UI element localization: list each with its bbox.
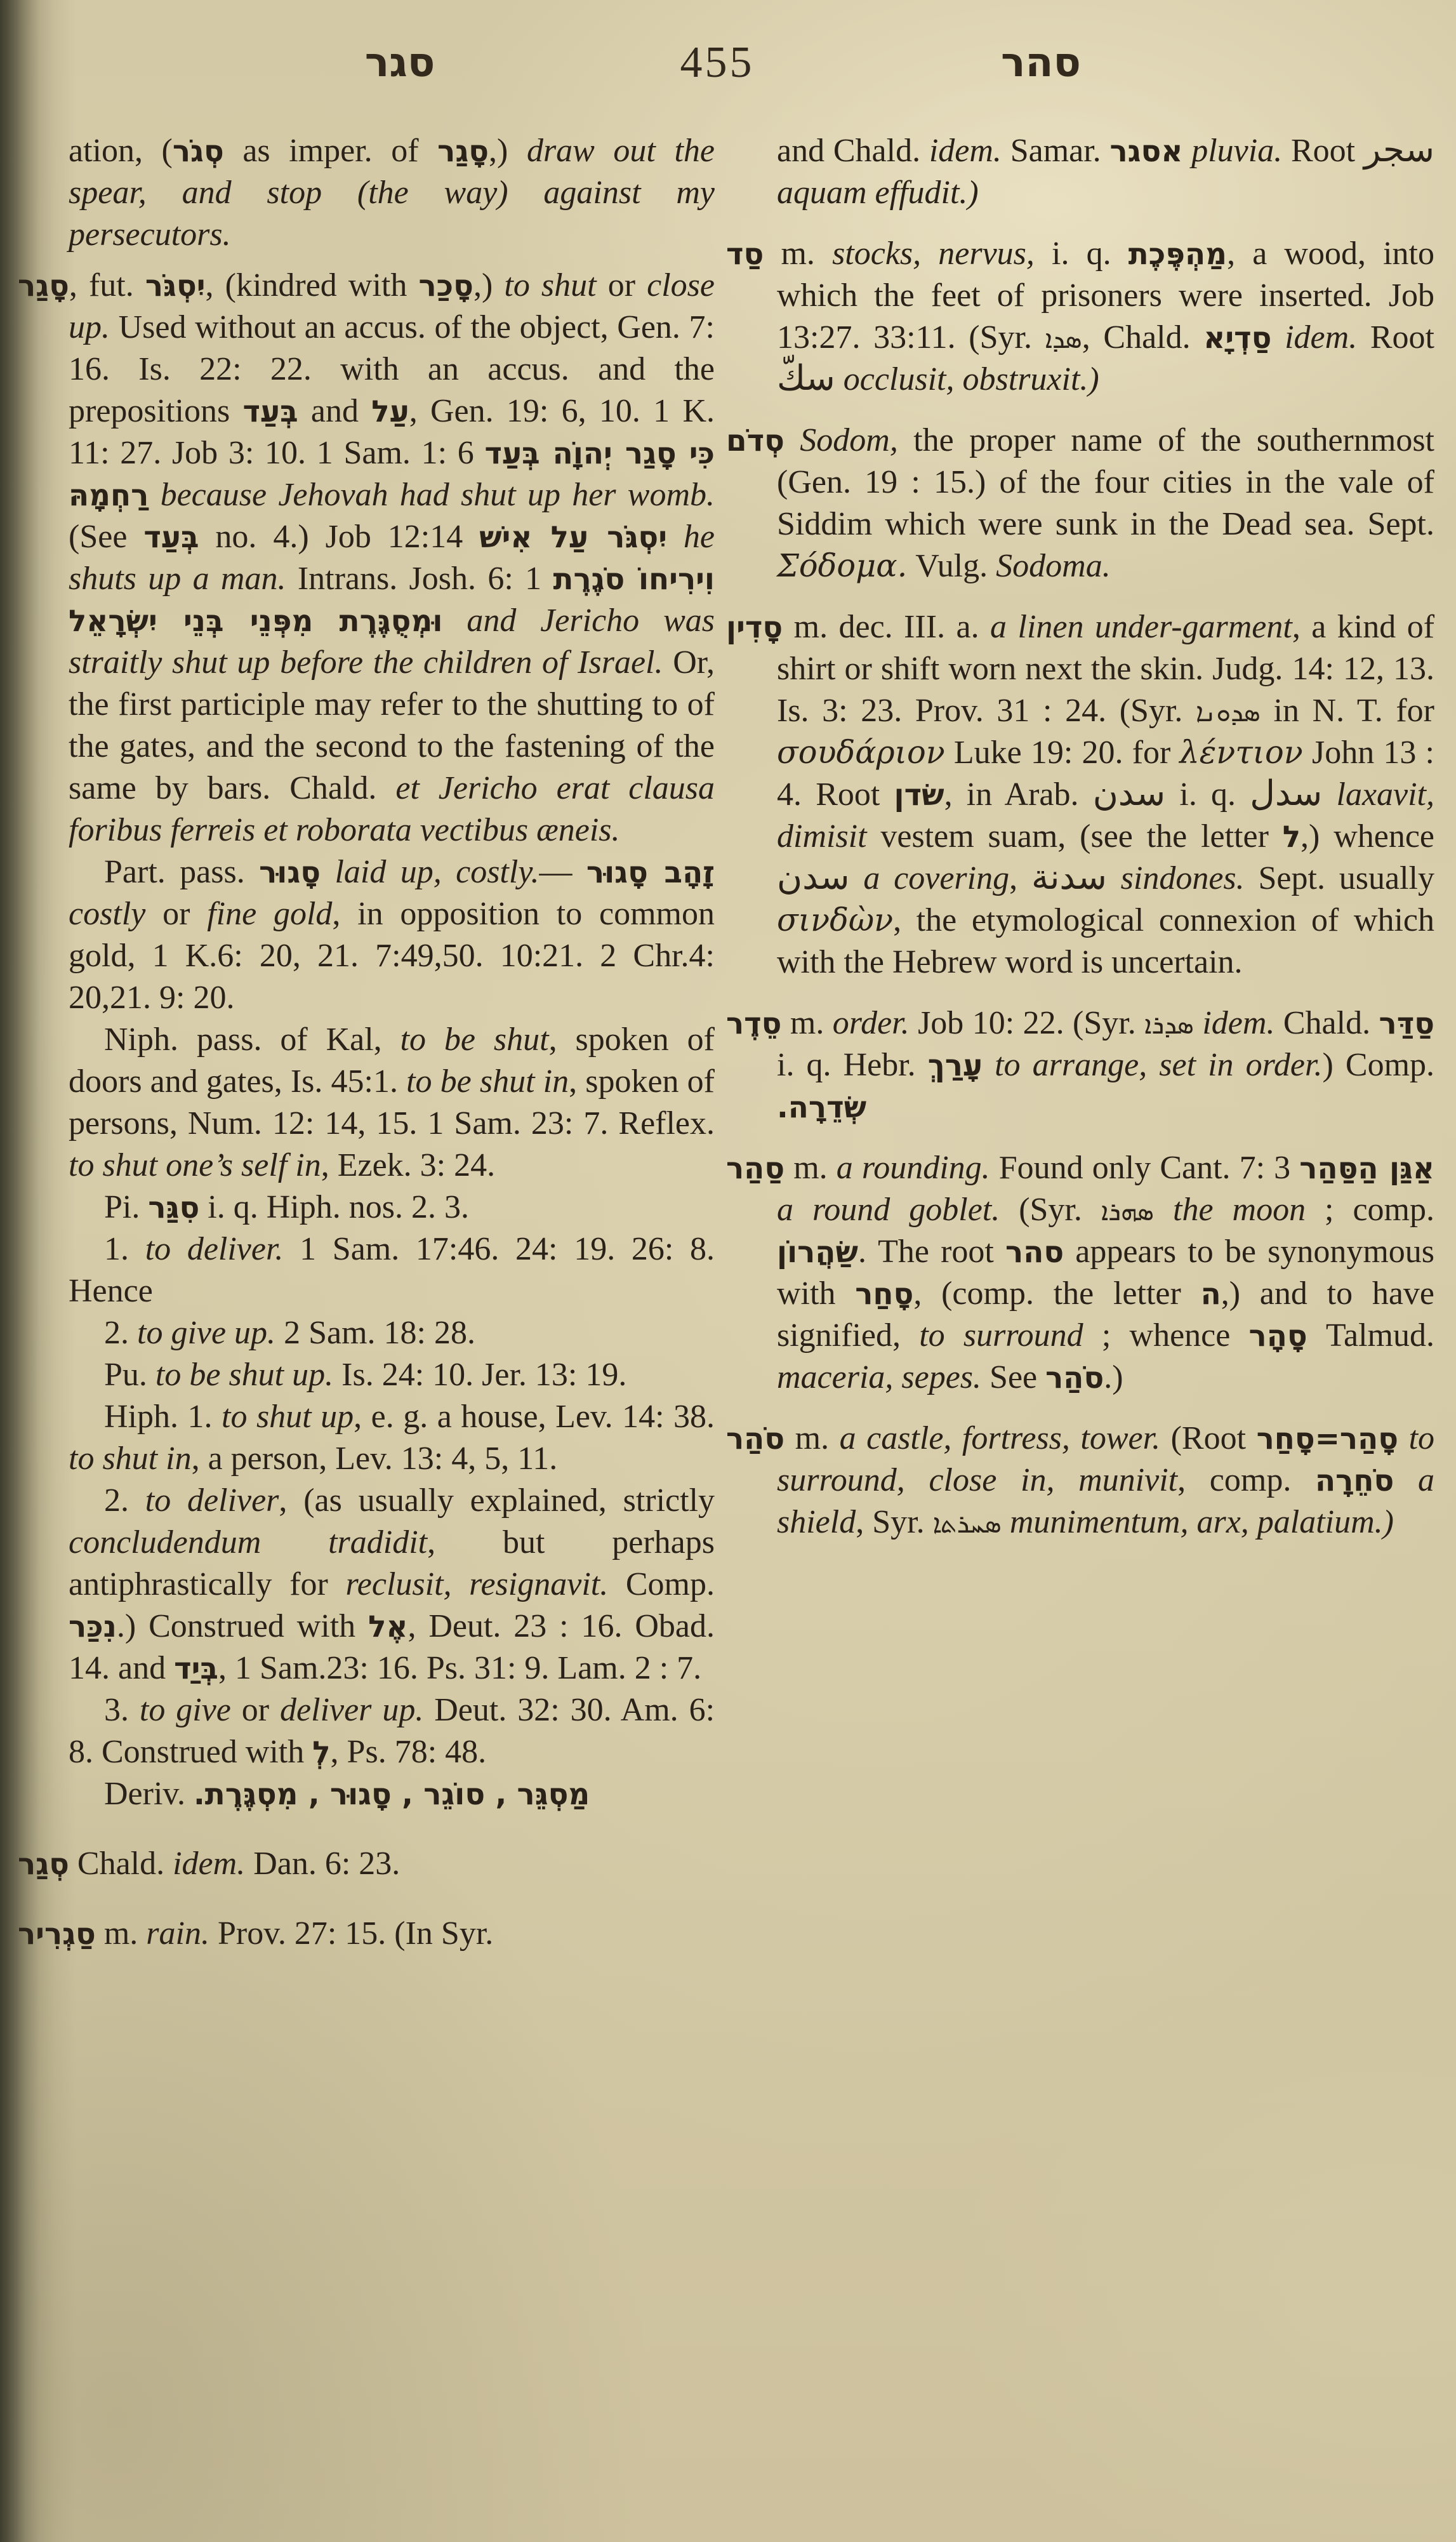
hebrew-text: סָגַר bbox=[18, 269, 69, 303]
text-column-right: and Chald. idem. Samar. אסגר pluvia. Roo… bbox=[777, 130, 1434, 1543]
text-run: Talmud. bbox=[1307, 1317, 1434, 1354]
hebrew-text: סַדַּר bbox=[1379, 1007, 1435, 1041]
hebrew-text: עָרַךְ bbox=[928, 1049, 983, 1083]
paragraph: 2. to give up. 2 Sam. 18: 28. bbox=[69, 1312, 715, 1354]
syriac-text: ܣܕܪܐ bbox=[1144, 1009, 1194, 1040]
text-run: Sodoma. bbox=[996, 548, 1111, 584]
book-spine-edge bbox=[0, 0, 76, 2542]
text-run: Pu. bbox=[104, 1357, 156, 1393]
text-run: the moon bbox=[1173, 1192, 1306, 1228]
hebrew-text: אַגַּן הַסַּהַר bbox=[1299, 1152, 1434, 1186]
text-run: ,) bbox=[473, 267, 504, 303]
text-run bbox=[983, 1047, 995, 1083]
text-run bbox=[1107, 860, 1121, 896]
text-run: to arrange, set in order. bbox=[995, 1047, 1322, 1083]
text-run: Samar. bbox=[1002, 133, 1110, 169]
hebrew-text: שְׂדֵרָה. bbox=[777, 1091, 866, 1125]
arabic-text: سدن bbox=[1093, 773, 1166, 813]
text-run bbox=[784, 422, 800, 458]
text-run: vestem suam, (see the letter bbox=[867, 818, 1283, 855]
hebrew-text: עַל bbox=[371, 395, 409, 429]
text-run bbox=[442, 602, 467, 639]
paragraph: Hiph. 1. to shut up, e. g. a house, Lev.… bbox=[69, 1396, 715, 1480]
text-run: maceria, sepes. bbox=[777, 1359, 981, 1395]
text-run: munimentum, arx, palatium.) bbox=[1010, 1504, 1394, 1540]
text-run: 2. bbox=[104, 1315, 137, 1351]
text-run: m. bbox=[784, 1150, 837, 1186]
text-run: i. q. bbox=[1165, 776, 1250, 813]
text-run bbox=[321, 854, 334, 890]
hebrew-text: סָהָר bbox=[1249, 1319, 1307, 1354]
text-run bbox=[1002, 1504, 1010, 1540]
hebrew-text: סֹהַר bbox=[1045, 1361, 1104, 1395]
hebrew-text: בְּעַד bbox=[143, 521, 199, 555]
text-run: as imper. of bbox=[224, 133, 437, 169]
hebrew-text: יִסְגֹּר bbox=[145, 269, 206, 303]
text-run: , comp. bbox=[1177, 1462, 1315, 1498]
paragraph: סַהַר m. a rounding. Found only Cant. 7:… bbox=[777, 1147, 1434, 1399]
text-run: and Chald. bbox=[777, 133, 929, 169]
arabic-text: سكّ bbox=[777, 357, 835, 398]
text-run: , Ps. 78: 48. bbox=[331, 1734, 487, 1770]
paragraph: and Chald. idem. Samar. אסגר pluvia. Roo… bbox=[777, 130, 1434, 214]
paragraph: סְדֹם Sodom, the proper name of the sout… bbox=[777, 420, 1434, 587]
text-run: or bbox=[597, 267, 647, 303]
text-run: See bbox=[981, 1359, 1045, 1395]
text-run: Deriv. bbox=[104, 1776, 194, 1812]
text-run: Niph. pass. of Kal, bbox=[104, 1021, 400, 1058]
text-run: (Root bbox=[1160, 1420, 1256, 1456]
hebrew-text: סָדִין bbox=[726, 611, 783, 645]
text-run: reclusit, resignavit. bbox=[345, 1566, 608, 1602]
hebrew-text: סְגַר bbox=[18, 1847, 69, 1882]
hebrew-text: אסגר bbox=[1109, 135, 1182, 169]
text-run bbox=[1194, 1005, 1202, 1041]
text-run: in N. T. for bbox=[1261, 693, 1434, 729]
paragraph: Pi. סִגַּר i. q. Hiph. nos. 2. 3. bbox=[69, 1187, 715, 1228]
text-run: , e. g. a house, Lev. 14: 38. bbox=[354, 1399, 715, 1435]
greek-text: λέντιον bbox=[1180, 734, 1303, 771]
text-run: laid up, costly. bbox=[334, 854, 539, 890]
hebrew-text: סַד bbox=[726, 237, 764, 272]
hebrew-text: סָהַר=סָחַר bbox=[1257, 1422, 1398, 1456]
hebrew-text: סָגַר bbox=[437, 135, 489, 169]
hebrew-text: סְדֹם bbox=[726, 424, 784, 458]
paragraph: סָדִין m. dec. III. a. a linen under-gar… bbox=[777, 606, 1434, 983]
paragraph: סָגַר, fut. יִסְגֹּר, (kindred with סָכַ… bbox=[69, 265, 715, 851]
paragraph: Part. pass. סָגוּר laid up, costly.— זָה… bbox=[69, 851, 715, 1019]
greek-text: Σόδομα. bbox=[777, 547, 907, 584]
text-run: idem. bbox=[1202, 1005, 1274, 1041]
text-run: (Syr. bbox=[1000, 1192, 1101, 1228]
paragraph: 3. to give or deliver up. Deut. 32: 30. … bbox=[69, 1689, 715, 1773]
text-run: m. dec. III. a. bbox=[783, 609, 990, 645]
hebrew-text: נִכַּר bbox=[69, 1610, 117, 1644]
text-run: Part. pass. bbox=[104, 854, 259, 890]
text-run: Root bbox=[1357, 319, 1434, 356]
text-run: order. bbox=[833, 1005, 910, 1041]
text-run: .) bbox=[1104, 1359, 1123, 1395]
text-run: fine gold bbox=[207, 896, 332, 932]
hebrew-text: סַדְיָא bbox=[1203, 321, 1271, 356]
text-run: rain. bbox=[146, 1915, 209, 1952]
text-run: 1. bbox=[104, 1231, 145, 1267]
text-run: .) Construed with bbox=[117, 1608, 368, 1644]
text-run: , a person, Lev. 13: 4, 5, 11. bbox=[192, 1441, 558, 1477]
hebrew-text: סֹהַר bbox=[726, 1422, 784, 1456]
text-run: ) Comp. bbox=[1323, 1047, 1435, 1083]
hebrew-text: סִגַּר bbox=[148, 1191, 199, 1225]
text-run: to give bbox=[140, 1692, 231, 1728]
text-run: Comp. bbox=[608, 1566, 715, 1602]
text-run: to shut bbox=[504, 267, 596, 303]
text-run: Found only Cant. 7: 3 bbox=[990, 1150, 1300, 1186]
page-number: 455 bbox=[647, 28, 787, 98]
text-run: stocks, nervus, bbox=[832, 236, 1035, 272]
paragraph: 2. to deliver, (as usually explained, st… bbox=[69, 1480, 715, 1689]
text-run: i. q. bbox=[1035, 236, 1128, 272]
text-run: ; comp. bbox=[1306, 1192, 1434, 1228]
text-run: to be shut up. bbox=[156, 1357, 333, 1393]
hebrew-text: סַהַר bbox=[726, 1152, 784, 1186]
hebrew-text: מַסְגֵּר , סוֹגֵר , סָגוּר , מִסְגֶּרֶת. bbox=[194, 1778, 590, 1812]
text-run: to deliver bbox=[145, 1482, 279, 1519]
text-run: , (as usually explained, strictly bbox=[279, 1482, 715, 1519]
text-run: Root bbox=[1282, 133, 1364, 169]
text-run: ,) whence bbox=[1300, 818, 1434, 855]
text-run: , Chald. bbox=[1082, 319, 1204, 356]
text-run: aquam effudit.) bbox=[777, 175, 979, 211]
text-run: Hiph. 1. bbox=[104, 1399, 222, 1435]
text-run: Dan. 6: 23. bbox=[245, 1846, 400, 1882]
text-run: i. q. Hebr. bbox=[777, 1047, 928, 1083]
text-run: i. q. Hiph. nos. 2. 3. bbox=[199, 1189, 469, 1225]
text-run bbox=[1322, 776, 1336, 813]
text-run: concludendum tradidit bbox=[69, 1524, 427, 1560]
text-run bbox=[1182, 133, 1191, 169]
paragraph: סַגְרִיר m. rain. Prov. 27: 15. (In Syr. bbox=[69, 1913, 715, 1955]
paragraph: סַד m. stocks, nervus, i. q. מַהְפֶּכֶת,… bbox=[777, 233, 1434, 401]
text-run: no. 4.) Job 12:14 bbox=[199, 519, 479, 555]
text-run: m. bbox=[782, 1005, 833, 1041]
text-run bbox=[1154, 1192, 1173, 1228]
text-run: m. bbox=[96, 1915, 146, 1952]
text-run: deliver up. bbox=[280, 1692, 423, 1728]
text-run: pluvia. bbox=[1191, 133, 1282, 169]
text-run: , (comp. the letter bbox=[913, 1275, 1200, 1312]
syriac-text: ܣܕܐ bbox=[1045, 324, 1082, 354]
text-run: 2. bbox=[104, 1482, 145, 1519]
hebrew-text: סְגֹר bbox=[173, 135, 224, 169]
text-run: Sodom, bbox=[800, 422, 898, 458]
text-run: . The root bbox=[858, 1234, 1005, 1270]
paragraph: Deriv. מַסְגֵּר , סוֹגֵר , סָגוּר , מִסְ… bbox=[69, 1773, 715, 1815]
text-run: , Ezek. 3: 24. bbox=[321, 1147, 495, 1183]
text-column-left: ation, (סְגֹר as imper. of סָגַר,) draw … bbox=[69, 130, 715, 1955]
hebrew-text: סֵדֶר bbox=[726, 1007, 782, 1041]
text-run: because Jehovah had shut up her womb. bbox=[161, 477, 715, 513]
hebrew-text: אֶל bbox=[368, 1610, 407, 1644]
text-run: m. bbox=[784, 1420, 839, 1456]
syriac-text: ܣܕܘܢܐ bbox=[1196, 697, 1261, 728]
text-run: to be shut in bbox=[406, 1063, 569, 1100]
hebrew-text: בְּעַד bbox=[243, 395, 298, 429]
text-run: a linen under-garment bbox=[990, 609, 1292, 645]
text-run: , fut. bbox=[69, 267, 145, 303]
text-run: Job 10: 22. (Syr. bbox=[910, 1005, 1144, 1041]
text-run: to deliver. bbox=[145, 1231, 284, 1267]
text-run bbox=[850, 860, 864, 896]
text-run: to shut up bbox=[222, 1399, 354, 1435]
text-run: , (kindred with bbox=[206, 267, 419, 303]
text-run: a round goblet. bbox=[777, 1192, 1000, 1228]
syriac-text: ܣܚܪܬܐ bbox=[933, 1508, 1002, 1539]
text-run: to shut in bbox=[69, 1441, 192, 1477]
paragraph: ation, (סְגֹר as imper. of סָגַר,) draw … bbox=[69, 130, 715, 256]
text-run: Pi. bbox=[104, 1189, 148, 1225]
text-run: , in Arab. bbox=[944, 776, 1093, 813]
arabic-text: سدنة bbox=[1031, 856, 1107, 897]
text-run: sindones. bbox=[1121, 860, 1245, 896]
text-run: to give up. bbox=[137, 1315, 275, 1351]
greek-text: σουδάριον bbox=[777, 734, 945, 771]
text-run: Prov. 27: 15. (In Syr. bbox=[209, 1915, 493, 1952]
arabic-text: سدل bbox=[1250, 773, 1322, 813]
text-run: — bbox=[539, 854, 586, 890]
hebrew-text: שׂדן bbox=[894, 778, 944, 813]
hebrew-text: סָגוּר bbox=[259, 856, 321, 890]
text-run: idem. bbox=[929, 133, 1002, 169]
paragraph: סְגַר Chald. idem. Dan. 6: 23. bbox=[69, 1843, 715, 1885]
greek-text: σινδὼν bbox=[777, 902, 893, 938]
text-run: and bbox=[298, 393, 372, 429]
text-run: a castle, fortress, tower. bbox=[840, 1420, 1160, 1456]
arabic-text: سدن bbox=[777, 856, 850, 897]
text-run: ,) bbox=[489, 133, 527, 169]
text-run: Intrans. Josh. 6: 1 bbox=[286, 561, 553, 597]
text-run: occlusit, obstruxit.) bbox=[844, 361, 1099, 397]
hebrew-text: סַגְרִיר bbox=[18, 1917, 96, 1952]
hebrew-text: סֹחֵרָה bbox=[1315, 1464, 1394, 1498]
hebrew-text: סהר bbox=[1005, 1235, 1064, 1270]
text-run bbox=[1398, 1420, 1409, 1456]
text-run: or bbox=[231, 1692, 280, 1728]
hebrew-text: זָהָב סָגוּר bbox=[586, 856, 715, 890]
text-run: ; whence bbox=[1083, 1317, 1249, 1354]
hebrew-text: ה bbox=[1201, 1277, 1221, 1312]
text-run: ation, ( bbox=[69, 133, 173, 169]
text-run: Vulg. bbox=[907, 548, 996, 584]
hebrew-text: מַהְפֶּכֶת bbox=[1128, 237, 1227, 272]
paragraph: סֹהַר m. a castle, fortress, tower. (Roo… bbox=[777, 1418, 1434, 1543]
text-run: 2 Sam. 18: 28. bbox=[275, 1315, 475, 1351]
hebrew-text: יִסְגֹּר עַל אִישׁ bbox=[479, 521, 667, 555]
text-run: to be shut bbox=[400, 1021, 549, 1058]
paragraph: Niph. pass. of Kal, to be shut, spoken o… bbox=[69, 1019, 715, 1187]
paragraph: Pu. to be shut up. Is. 24: 10. Jer. 13: … bbox=[69, 1354, 715, 1396]
arabic-text: سجر bbox=[1364, 129, 1434, 170]
paragraph: 1. to deliver. 1 Sam. 17:46. 24: 19. 26:… bbox=[69, 1228, 715, 1312]
hebrew-text: סָחַר bbox=[855, 1277, 913, 1312]
text-run: , 1 Sam.23: 16. Ps. 31: 9. Lam. 2 : 7. bbox=[218, 1650, 701, 1686]
text-run bbox=[667, 519, 684, 555]
hebrew-text: שַׂהֲרוֹן bbox=[777, 1235, 858, 1270]
hebrew-text: בְּיַד bbox=[174, 1652, 218, 1686]
running-head-right: סהר bbox=[971, 28, 1111, 98]
hebrew-text: ל bbox=[1283, 820, 1300, 855]
text-run: m. bbox=[764, 236, 832, 272]
hebrew-text: סָכַר bbox=[418, 269, 473, 303]
text-run: Luke 19: 20. for bbox=[945, 735, 1180, 771]
text-run: 3. bbox=[104, 1692, 140, 1728]
text-run bbox=[835, 361, 844, 397]
text-run: Chald. bbox=[69, 1846, 173, 1882]
text-run: to shut one’s self in bbox=[69, 1147, 321, 1183]
text-run: (See bbox=[69, 519, 143, 555]
paragraph: סֵדֶר m. order. Job 10: 22. (Syr. ܣܕܪܐ i… bbox=[777, 1002, 1434, 1128]
text-run: idem. bbox=[173, 1846, 245, 1882]
text-run bbox=[1271, 319, 1285, 356]
text-run: , bbox=[1009, 860, 1031, 896]
text-run: to surround bbox=[919, 1317, 1083, 1354]
text-run: Chald. bbox=[1274, 1005, 1379, 1041]
text-run bbox=[1394, 1462, 1418, 1498]
syriac-text: ܣܗܪܐ bbox=[1101, 1196, 1154, 1227]
text-run: a rounding. bbox=[837, 1150, 990, 1186]
text-run: a covering bbox=[863, 860, 1009, 896]
text-run: or bbox=[145, 896, 207, 932]
text-run: Is. 24: 10. Jer. 13: 19. bbox=[333, 1357, 626, 1393]
text-run: idem. bbox=[1285, 319, 1357, 356]
running-head-left: סגר bbox=[330, 28, 470, 98]
text-run bbox=[149, 477, 160, 513]
hebrew-text: לְ bbox=[312, 1736, 330, 1770]
text-run: costly bbox=[69, 896, 145, 932]
text-run: Sept. usually bbox=[1245, 860, 1434, 896]
text-run: , Syr. bbox=[856, 1504, 932, 1540]
